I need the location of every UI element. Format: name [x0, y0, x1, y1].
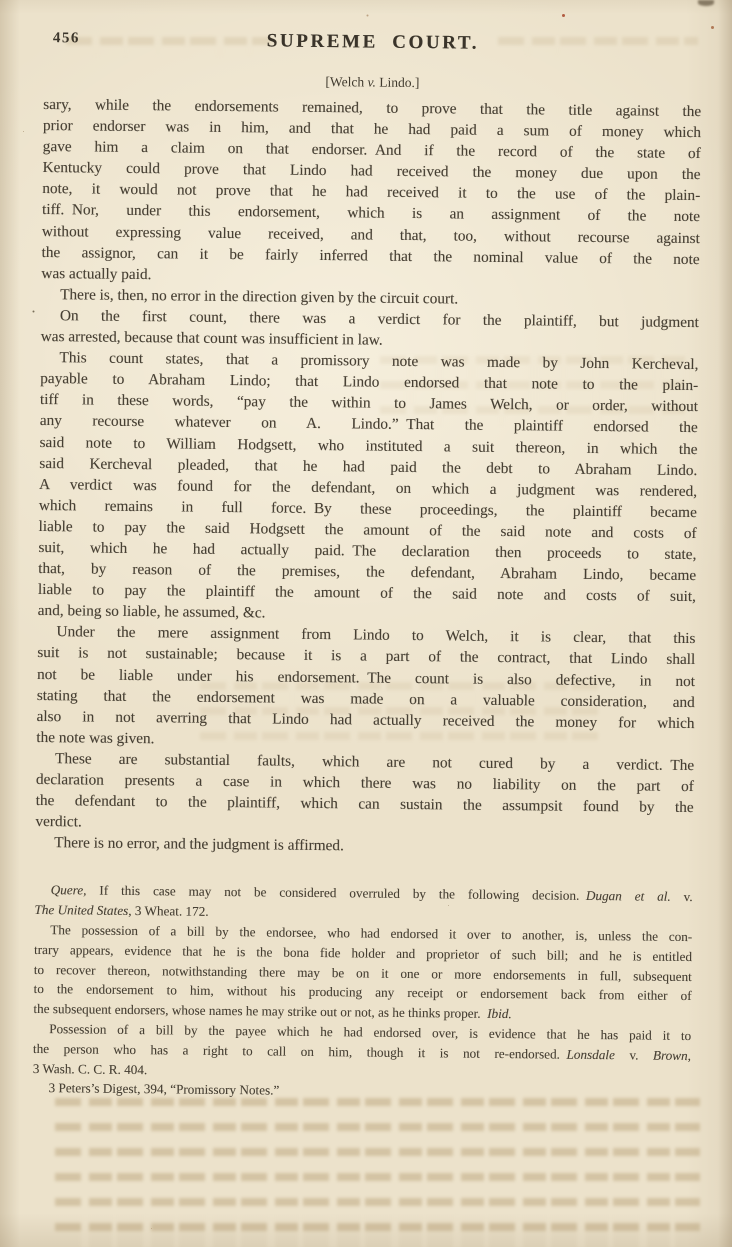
italic-text: Brown [653, 1047, 688, 1062]
bleed-through-ghost [55, 1098, 700, 1247]
scanned-book-page: 456 SUPREME COURT. [Welch v. Lindo.] sar… [0, 0, 732, 1247]
paragraph: Possession of a bill by the payee which … [33, 1019, 692, 1086]
paragraph: These are substantial faults, which are … [35, 748, 694, 839]
italic-text: Lonsdale [566, 1046, 615, 1062]
case-caption: [Welch v. Lindo.] [43, 71, 701, 94]
paragraph: sary, while the endorsements remained, t… [41, 94, 701, 291]
running-header: 456 SUPREME COURT. [44, 28, 702, 62]
page-content: 456 SUPREME COURT. [Welch v. Lindo.] sar… [32, 28, 702, 1105]
foxing-specks [0, 0, 2, 2]
paragraph: On the first count, there was a verdict … [41, 305, 699, 354]
opinion-text: sary, while the endorsements remained, t… [35, 94, 701, 860]
italic-text: Quere, [51, 882, 87, 897]
footnote-section: Quere, If this case may not be considere… [32, 880, 692, 1105]
italic-text: Dugan et al. [586, 888, 671, 904]
paragraph: The possession of a bill by the endorsee… [33, 920, 692, 1026]
paragraph: Under the mere assignment from Lindo to … [36, 621, 695, 755]
italic-text: v. [367, 75, 376, 90]
page-edge-mark [698, 0, 714, 6]
italic-text: Ibid. [487, 1006, 512, 1021]
italic-text: The United States [34, 902, 128, 918]
paragraph: This count states, that a promissory not… [38, 347, 699, 628]
page-header-title: SUPREME COURT. [44, 28, 702, 57]
